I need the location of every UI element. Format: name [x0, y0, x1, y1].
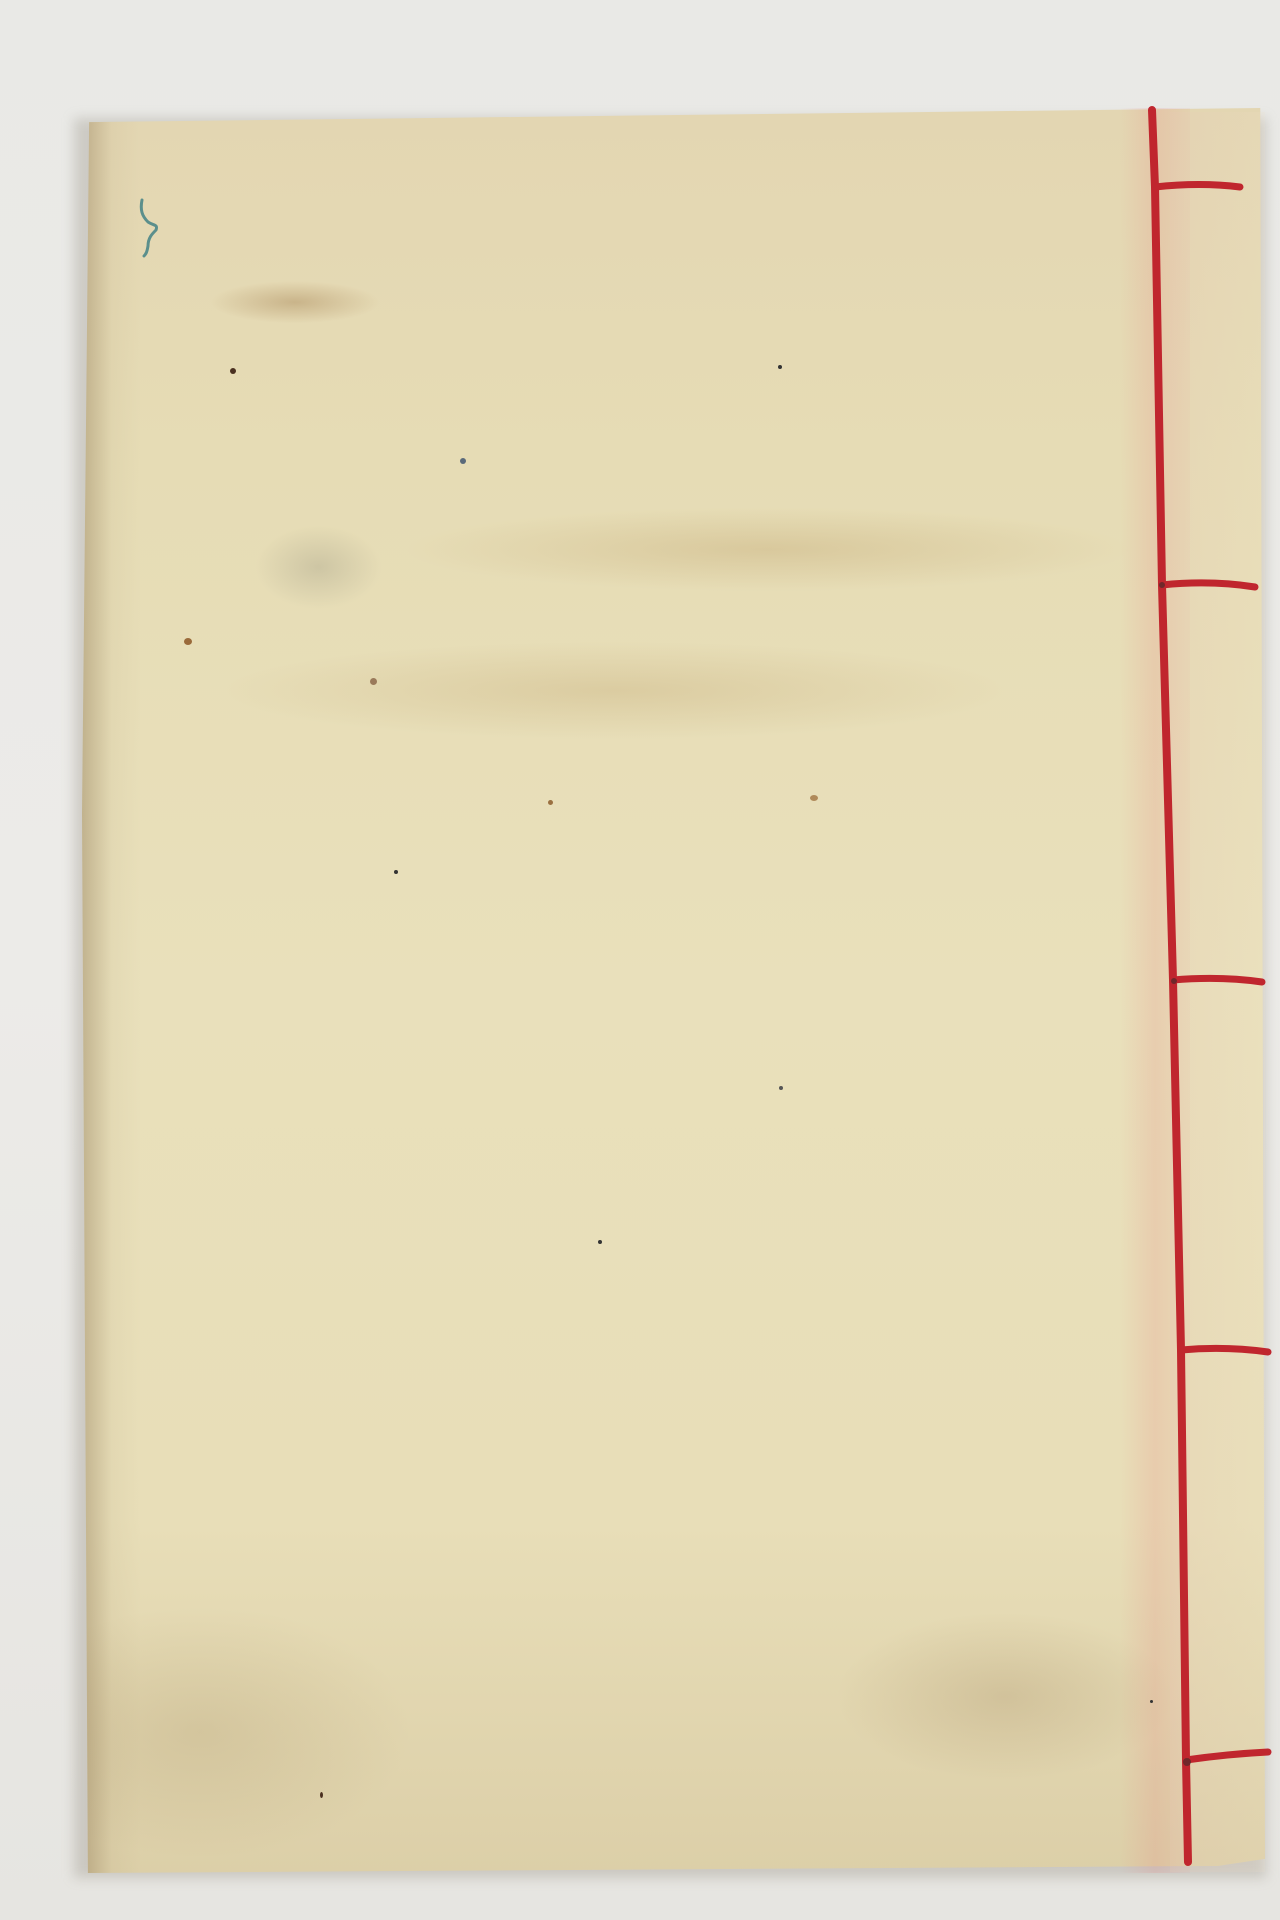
- spine-thread: [1152, 110, 1188, 1862]
- stitch-2: [1162, 583, 1255, 587]
- stitch-5: [1186, 1752, 1268, 1760]
- binding-thread: [0, 0, 1280, 1920]
- stitch-3: [1173, 978, 1262, 982]
- stitch-1: [1155, 185, 1240, 188]
- stitch-4: [1181, 1348, 1268, 1352]
